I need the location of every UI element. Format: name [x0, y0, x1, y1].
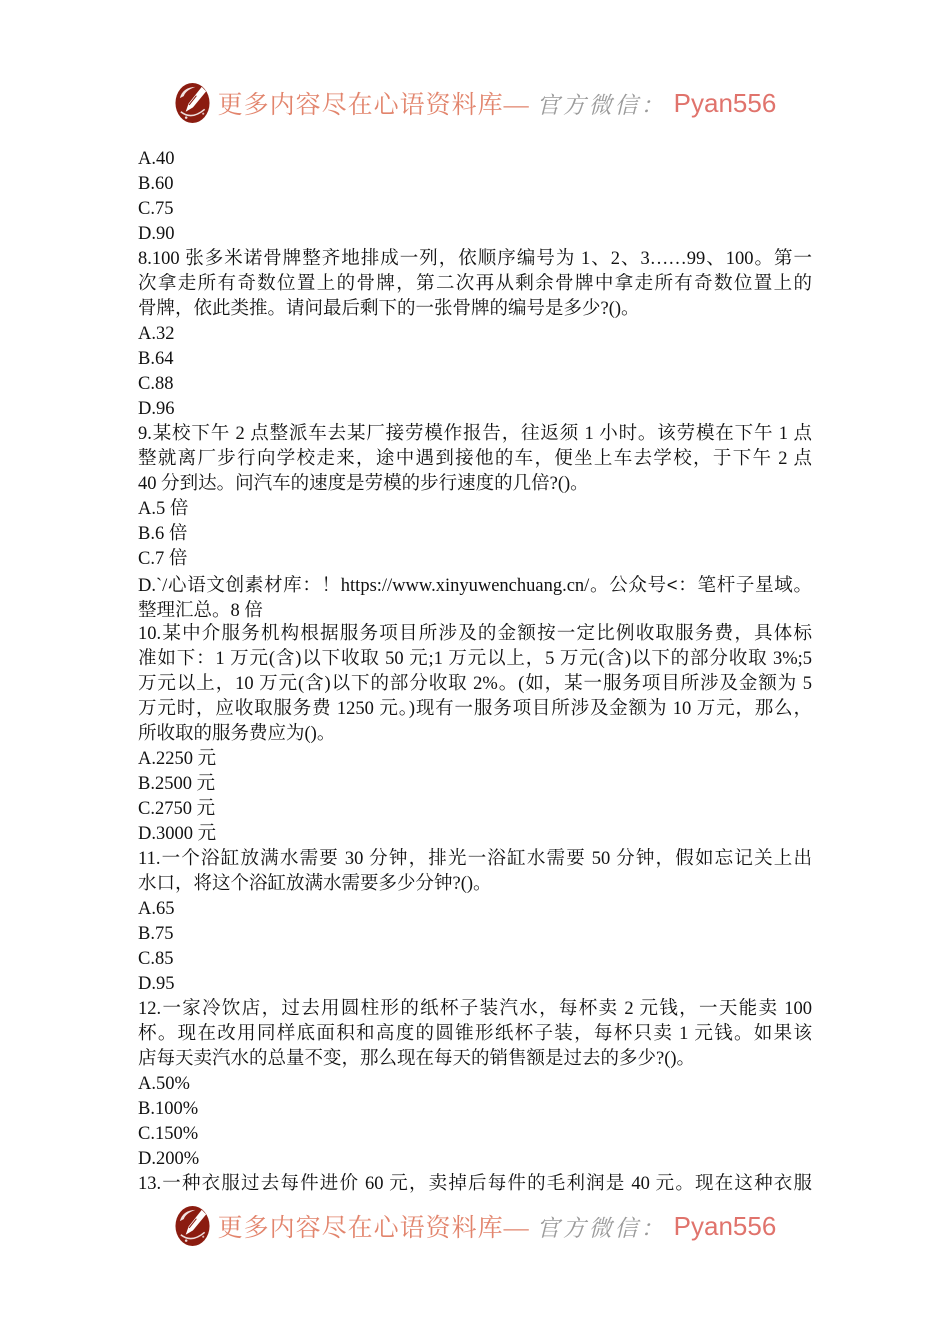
text-line: D.`/心语文创素材库：！https://www.xinyuwenchuang.… — [138, 572, 812, 597]
text-line: C.150% — [138, 1122, 812, 1147]
text-line: D.3000 元 — [138, 822, 812, 847]
text-line: 13.一种衣服过去每件进价 60 元，卖掉后每件的毛利润是 40 元。现在这种衣… — [138, 1172, 812, 1197]
text-line: 整就离厂步行向学校走来，途中遇到接他的车，便坐上车去学校，于下午 2 点 — [138, 447, 812, 472]
document-body: A.40B.60C.75D.908.100 张多米诺骨牌整齐地排成一列，依顺序编… — [138, 147, 812, 1197]
text-line: 准如下：1 万元(含)以下收取 50 元;1 万元以上，5 万元(含)以下的部分… — [138, 647, 812, 672]
text-line: B.2500 元 — [138, 772, 812, 797]
text-line: C.75 — [138, 197, 812, 222]
watermark-wechat-label: 官方微信： — [537, 87, 667, 120]
text-line: B.100% — [138, 1097, 812, 1122]
pen-nib-seal-icon — [174, 1204, 211, 1248]
text-line: A.32 — [138, 322, 812, 347]
text-line: 店每天卖汽水的总量不变，那么现在每天的销售额是过去的多少?()。 — [138, 1047, 812, 1072]
text-line: C.7 倍 — [138, 547, 812, 572]
text-line: B.75 — [138, 922, 812, 947]
text-line: C.85 — [138, 947, 812, 972]
text-line: 12.一家冷饮店，过去用圆柱形的纸杯子装汽水，每杯卖 2 元钱，一天能卖 100 — [138, 997, 812, 1022]
watermark-brand-text: 更多内容尽在心语资料库— — [218, 1208, 530, 1244]
text-line: 8.100 张多米诺骨牌整齐地排成一列，依顺序编号为 1、2、3……99、100… — [138, 247, 812, 272]
watermark-footer: 更多内容尽在心语资料库— 官方微信： Pyan556 — [0, 1203, 950, 1249]
watermark-header: 更多内容尽在心语资料库— 官方微信： Pyan556 — [0, 80, 950, 126]
text-line: 11.一个浴缸放满水需要 30 分钟，排光一浴缸水需要 50 分钟，假如忘记关上… — [138, 847, 812, 872]
text-line: D.96 — [138, 397, 812, 422]
watermark-wechat-id: Pyan556 — [674, 1211, 777, 1242]
text-line: C.2750 元 — [138, 797, 812, 822]
text-line: A.2250 元 — [138, 747, 812, 772]
text-line: A.40 — [138, 147, 812, 172]
text-line: A.5 倍 — [138, 497, 812, 522]
text-line: 9.某校下午 2 点整派车去某厂接劳模作报告，往返须 1 小时。该劳模在下午 1… — [138, 422, 812, 447]
text-line: B.6 倍 — [138, 522, 812, 547]
text-line: D.95 — [138, 972, 812, 997]
pen-nib-seal-icon — [174, 81, 211, 125]
text-line: 所收取的服务费应为()。 — [138, 722, 812, 747]
watermark-brand-text: 更多内容尽在心语资料库— — [218, 85, 530, 121]
text-line: A.50% — [138, 1072, 812, 1097]
text-line: A.65 — [138, 897, 812, 922]
text-line: 10.某中介服务机构根据服务项目所涉及的金额按一定比例收取服务费，具体标 — [138, 622, 812, 647]
text-line: 万元以上，10 万元(含)以下的部分收取 2%。(如，某一服务项目所涉及金额为 … — [138, 672, 812, 697]
watermark-wechat-label: 官方微信： — [537, 1210, 667, 1243]
text-line: 水口，将这个浴缸放满水需要多少分钟?()。 — [138, 872, 812, 897]
text-line: D.90 — [138, 222, 812, 247]
text-line: 40 分到达。问汽车的速度是劳模的步行速度的几倍?()。 — [138, 472, 812, 497]
text-line: D.200% — [138, 1147, 812, 1172]
text-line: 次拿走所有奇数位置上的骨牌，第二次再从剩余骨牌中拿走所有奇数位置上的 — [138, 272, 812, 297]
text-line: B.64 — [138, 347, 812, 372]
text-line: 整理汇总。8 倍 — [138, 597, 812, 622]
watermark-wechat-id: Pyan556 — [674, 88, 777, 119]
text-line: B.60 — [138, 172, 812, 197]
text-line: 骨牌，依此类推。请问最后剩下的一张骨牌的编号是多少?()。 — [138, 297, 812, 322]
text-line: 杯。现在改用同样底面积和高度的圆锥形纸杯子装，每杯只卖 1 元钱。如果该 — [138, 1022, 812, 1047]
text-line: 万元时，应收取服务费 1250 元。)现有一服务项目所涉及金额为 10 万元，那… — [138, 697, 812, 722]
text-line: C.88 — [138, 372, 812, 397]
